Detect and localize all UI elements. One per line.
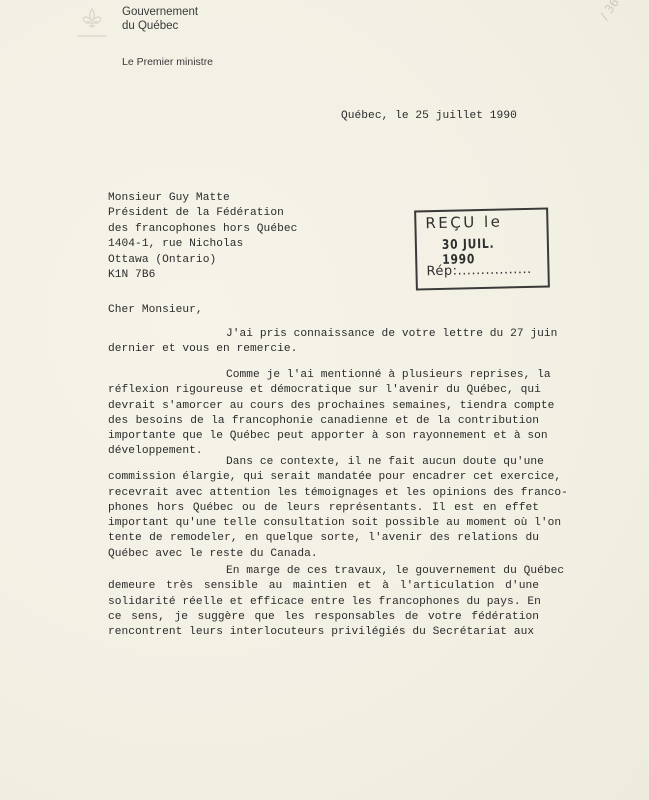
address-line: Président de la Fédération [108,206,297,221]
address-line: 1404-1, rue Nicholas [108,237,297,252]
address-line: Ottawa (Ontario) [108,253,297,268]
fleur-de-lis-icon [78,6,106,38]
paragraph-line: dernier et vous en remercie. [108,342,539,357]
date-line: Québec, le 25 juillet 1990 [341,110,517,122]
paragraph: Comme je l'ai mentionné à plusieurs repr… [108,368,539,460]
paragraph-line: demeure très sensible au maintien et à l… [108,579,539,594]
paragraph-line: recevrait avec attention les témoignages… [108,486,539,501]
pencil-annotation: / 36 [597,0,622,22]
stamp-reply: Rép:................ [426,262,532,279]
paragraph-line: important qu'une telle consultation soit… [108,516,539,531]
paragraph: Dans ce contexte, il ne fait aucun doute… [108,455,539,562]
salutation: Cher Monsieur, [108,304,203,316]
paragraph-line: réflexion rigoureuse et démocratique sur… [108,383,539,398]
paragraph-line: des besoins de la francophonie canadienn… [108,414,539,429]
paragraph: En marge de ces travaux, le gouvernement… [108,564,539,640]
office-title: Le Premier ministre [122,56,213,68]
paragraph-line: phones hors Québec ou de leurs représent… [108,501,539,516]
paragraph-line: Dans ce contexte, il ne fait aucun doute… [108,455,539,470]
government-line-2: du Québec [122,20,198,34]
address-line: K1N 7B6 [108,268,297,283]
paragraph-line: Comme je l'ai mentionné à plusieurs repr… [108,368,539,383]
stamp-title: REÇU le [425,213,502,233]
address-line: des francophones hors Québec [108,222,297,237]
paragraph-line: Québec avec le reste du Canada. [108,547,539,562]
recipient-address: Monsieur Guy Matte Président de la Fédér… [108,191,297,283]
government-line-1: Gouvernement [122,6,198,20]
paragraph-line: importante que le Québec peut apporter à… [108,429,539,444]
paragraph: J'ai pris connaissance de votre lettre d… [108,327,539,358]
government-name: Gouvernement du Québec [122,6,198,33]
received-stamp: REÇU le 30 JUIL. 1990 Rép:..............… [414,207,550,290]
address-line: Monsieur Guy Matte [108,191,297,206]
paragraph-line: tente de remodeler, en quelque sorte, l'… [108,531,539,546]
paragraph-line: J'ai pris connaissance de votre lettre d… [108,327,539,342]
paragraph-line: commission élargie, qui serait mandatée … [108,470,539,485]
paragraph-line: solidarité réelle et efficace entre les … [108,595,539,610]
paragraph-line: devrait s'amorcer au cours des prochaine… [108,399,539,414]
paragraph-line: En marge de ces travaux, le gouvernement… [108,564,539,579]
paragraph-line: ce sens, je suggère que les responsables… [108,610,539,625]
letter-page: Gouvernement du Québec Le Premier minist… [0,0,649,800]
paragraph-line: rencontrent leurs interlocuteurs privilé… [108,625,539,640]
